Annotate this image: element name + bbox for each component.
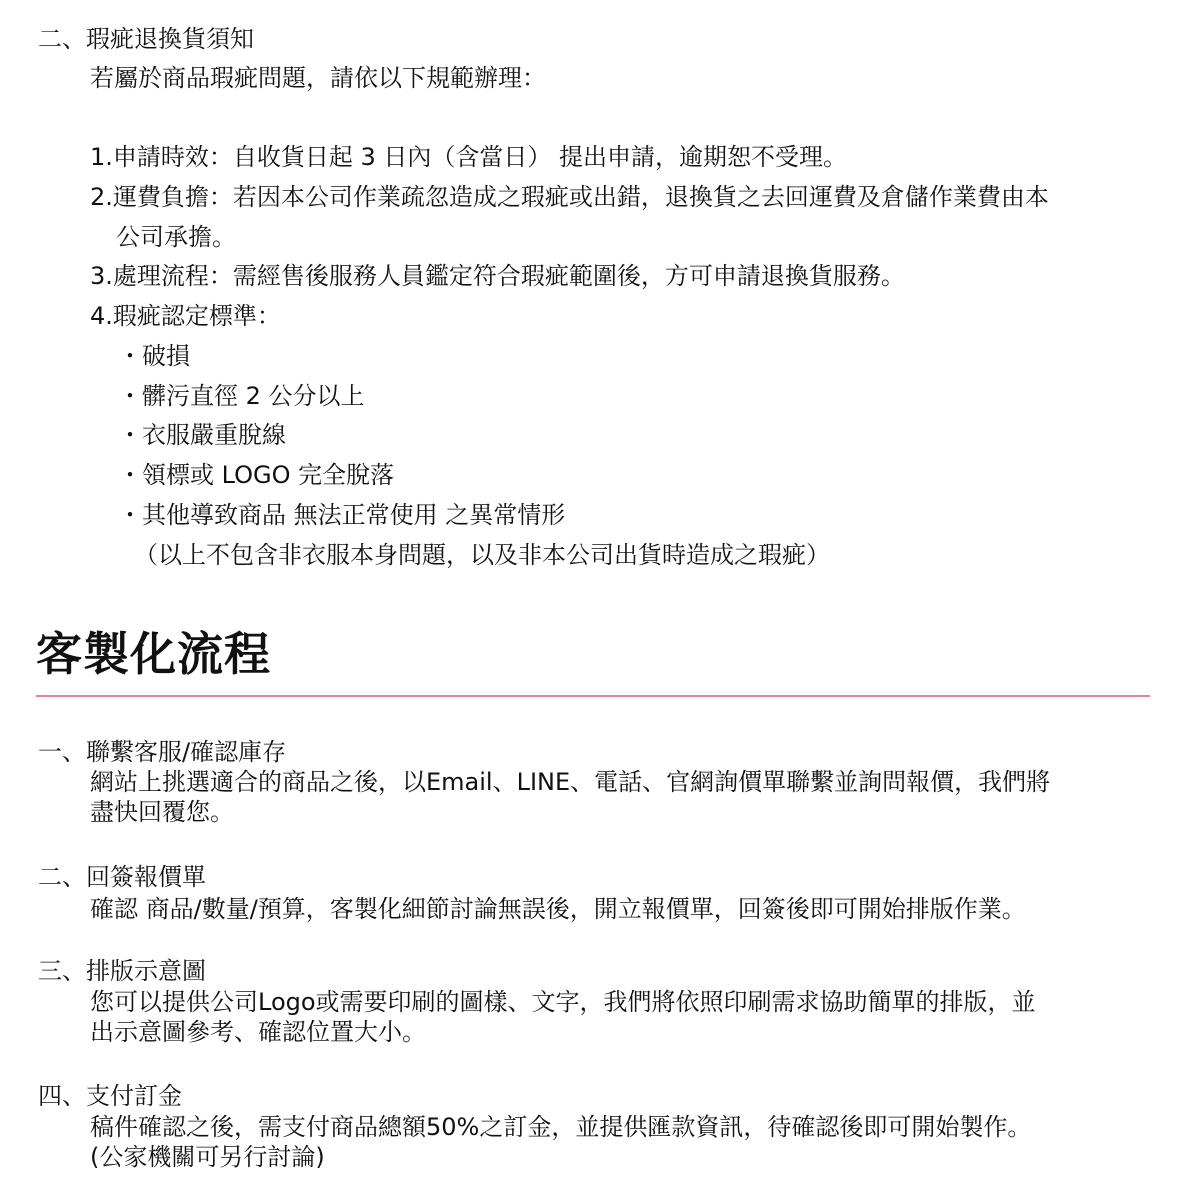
criteria-item: ・領標或 LOGO 完全脫落 xyxy=(118,460,394,490)
step-heading: 四、支付訂金 xyxy=(38,1081,182,1111)
step-heading: 一、聯繫客服/確認庫存 xyxy=(38,737,286,767)
rule-shipping-cost-continued: 公司承擔。 xyxy=(116,222,236,252)
step-text: 您可以提供公司Logo或需要印刷的圖樣、文字，我們將依照印刷需求協助簡單的排版，… xyxy=(90,987,1036,1017)
step-text: 確認 商品/數量/預算，客製化細節討論無誤後，開立報價單，回簽後即可開始排版作業… xyxy=(90,894,1026,924)
step-text: 稿件確認之後，需支付商品總額50%之訂金，並提供匯款資訊，待確認後即可開始製作。 xyxy=(90,1112,1031,1142)
section-title: 客製化流程 xyxy=(36,626,271,682)
criteria-item: ・衣服嚴重脫線 xyxy=(118,420,286,450)
rule-shipping-cost: 2.運費負擔：若因本公司作業疏忽造成之瑕疵或出錯，退換貨之去回運費及倉儲作業費由… xyxy=(90,182,1049,212)
criteria-note: （以上不包含非衣服本身問題，以及非本公司出貨時造成之瑕疵） xyxy=(134,540,830,570)
step-text: 盡快回覆您。 xyxy=(90,797,234,827)
criteria-item: ・其他導致商品 無法正常使用 之異常情形 xyxy=(118,500,565,530)
rule-application-period: 1.申請時效：自收貨日起 3 日內（含當日） 提出申請，逾期恕不受理。 xyxy=(90,142,847,172)
step-text: 出示意圖參考、確認位置大小。 xyxy=(90,1017,426,1047)
step-text: 網站上挑選適合的商品之後，以Email、LINE、電話、官網詢價單聯繫並詢問報價… xyxy=(90,767,1050,797)
criteria-item: ・髒污直徑 2 公分以上 xyxy=(118,381,365,411)
rule-process: 3.處理流程：需經售後服務人員鑑定符合瑕疵範圍後，方可申請退換貨服務。 xyxy=(90,261,905,291)
defect-policy-heading: 二、瑕疵退換貨須知 xyxy=(38,24,254,54)
criteria-item: ・破損 xyxy=(118,341,190,371)
step-text: (公家機關可另行討論) xyxy=(90,1142,325,1172)
step-heading: 三、排版示意圖 xyxy=(38,956,206,986)
defect-policy-intro: 若屬於商品瑕疵問題，請依以下規範辦理： xyxy=(90,63,546,93)
rule-criteria-heading: 4.瑕疵認定標準： xyxy=(90,301,281,331)
step-heading: 二、回簽報價單 xyxy=(38,862,206,892)
section-divider xyxy=(36,695,1150,697)
